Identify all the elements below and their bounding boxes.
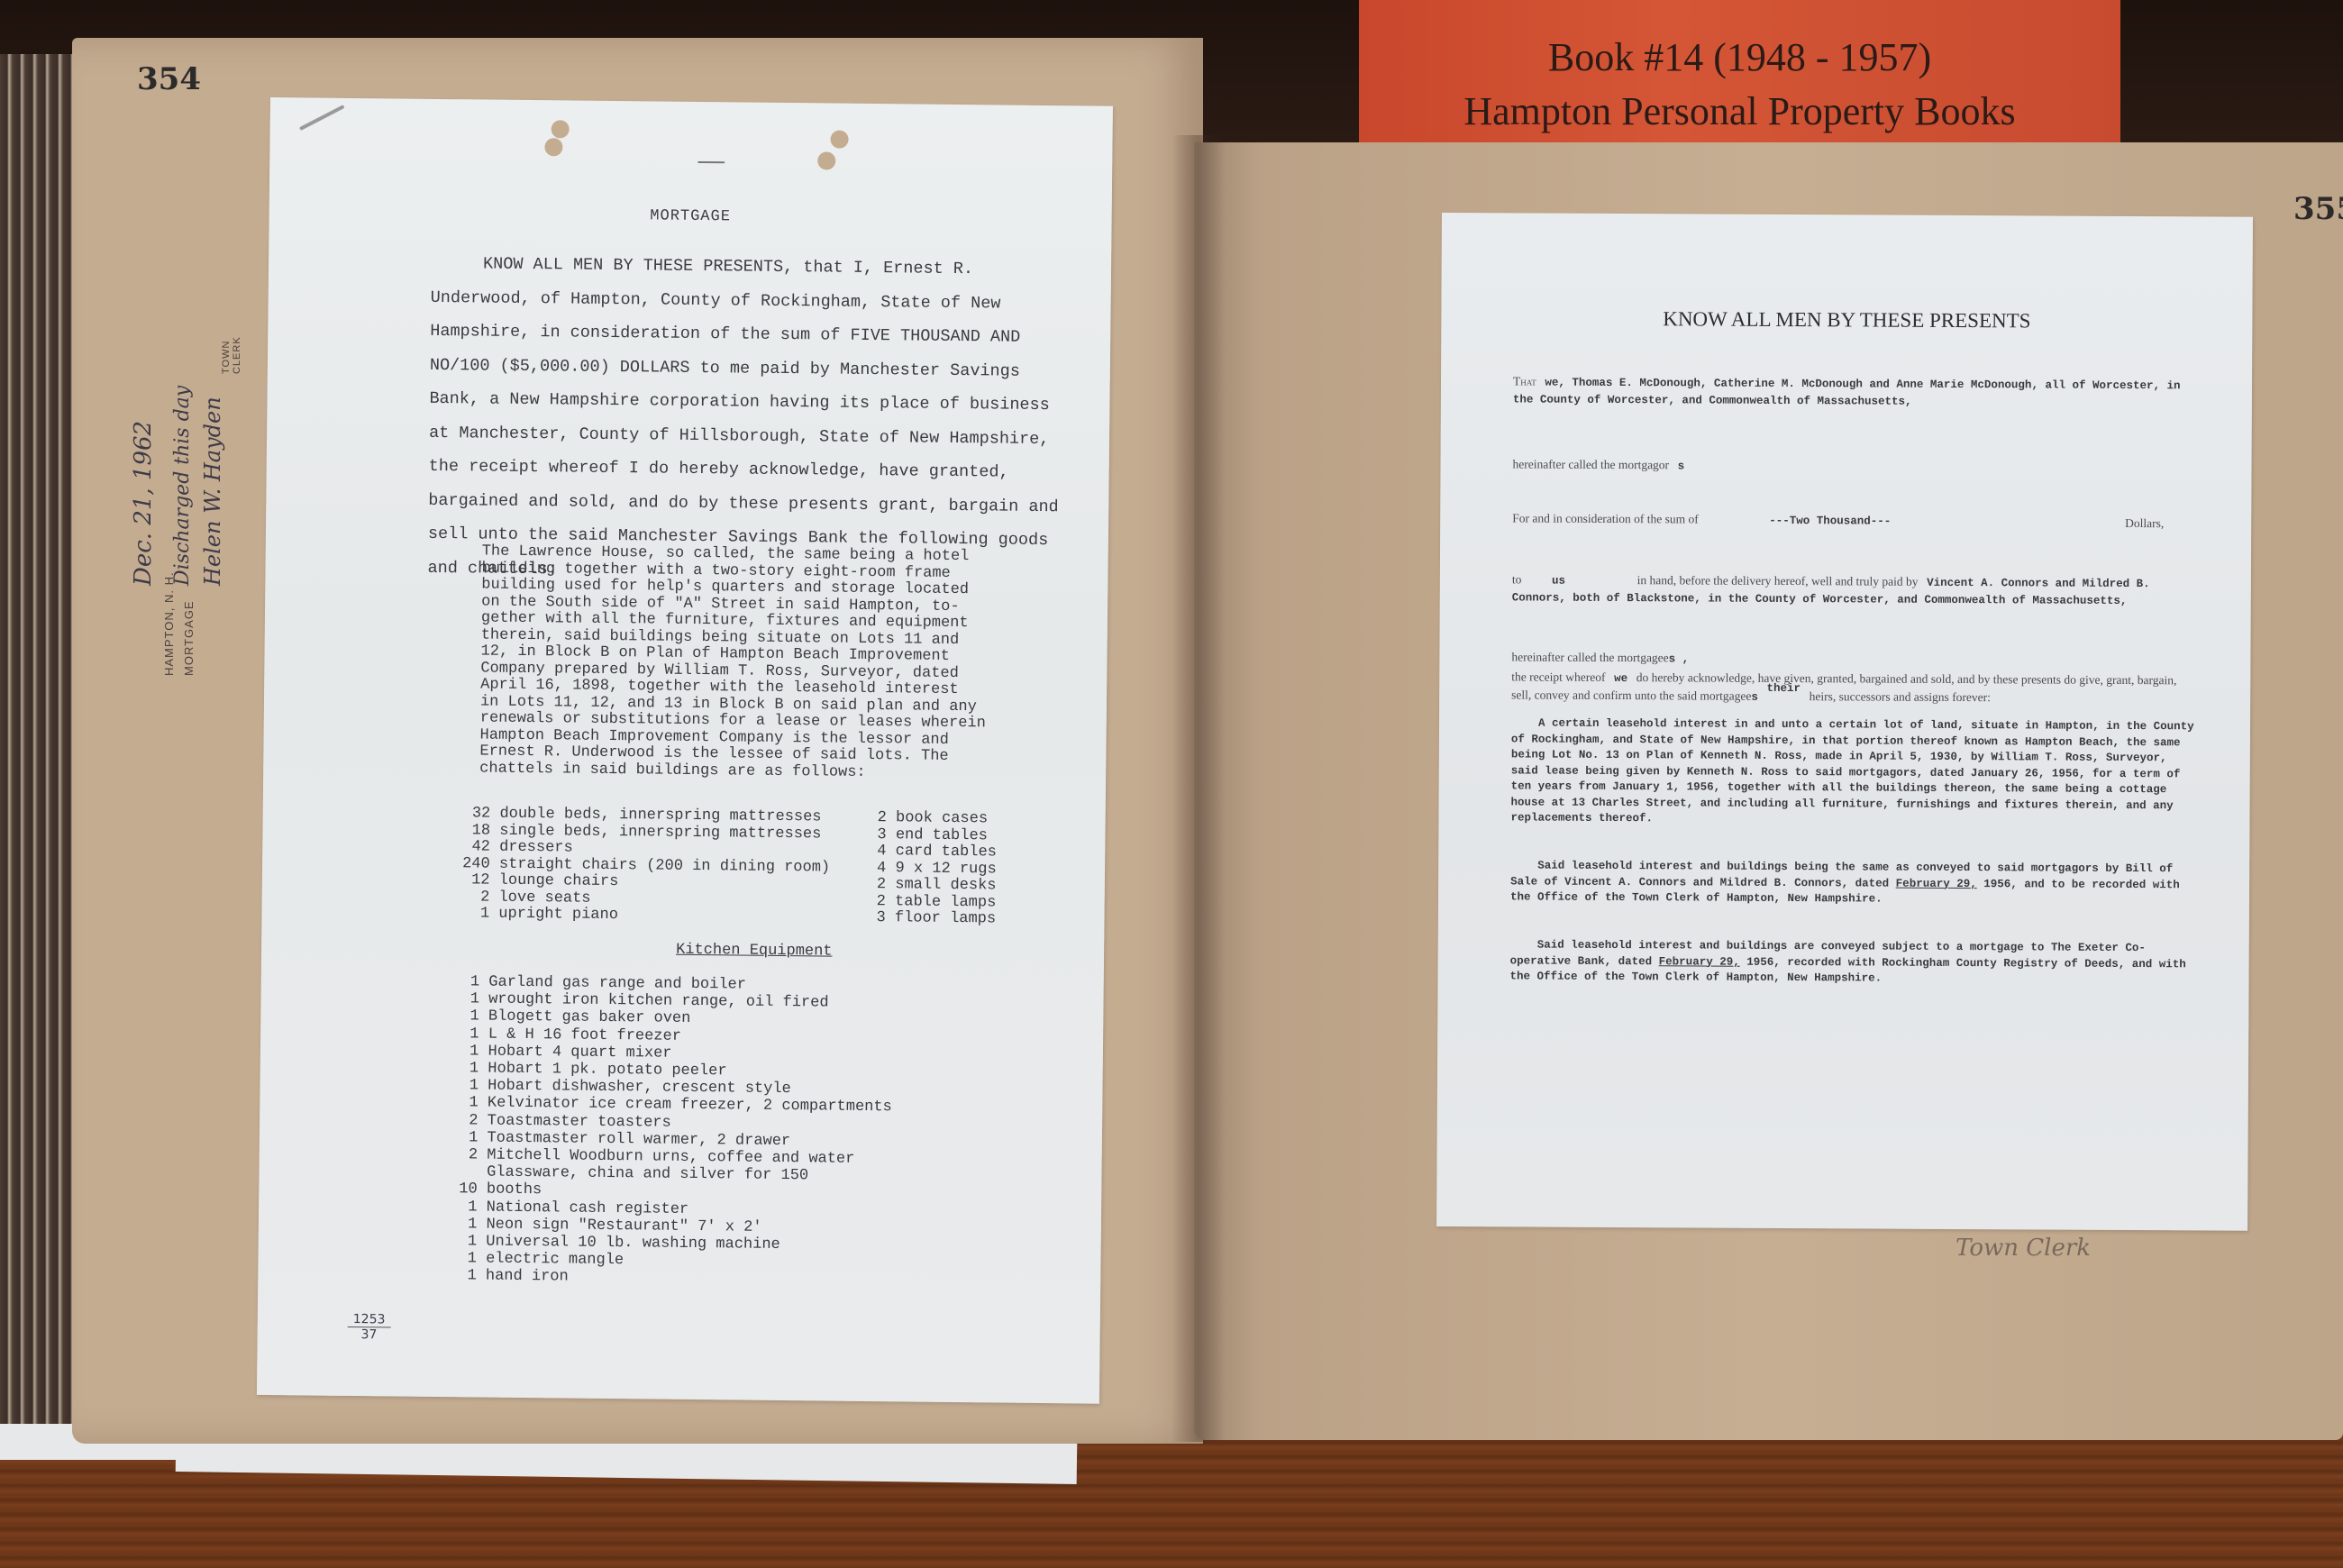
bill-of-sale-paragraph: Said leasehold interest and buildings be… [1510, 858, 2195, 908]
receipt-text: the receipt whereof [1511, 670, 1605, 684]
deed-heading: KNOW ALL MEN BY THESE PRESENTS [1441, 306, 2252, 334]
punch-hole [544, 138, 562, 156]
mortgage-title: MORTGAGE [269, 204, 1112, 230]
kitchen-equipment-heading: Kitchen Equipment [676, 942, 833, 961]
staple [299, 105, 345, 131]
discharge-stamp: HAMPTON, N. H. MORTGAGE TOWN CLERK Dec. … [135, 306, 234, 685]
handwritten-date: Dec. 21, 1962 [130, 421, 157, 586]
punch-hole [817, 151, 835, 169]
handwritten-fraction: 1253 37 [348, 1312, 391, 1342]
consideration-amount: ---Two Thousand--- [1769, 514, 1891, 530]
town-clerk-signature: Town Clerk [1956, 1235, 2091, 1262]
mortgagee-line: hereinafter called the mortgagees , [1511, 649, 2196, 670]
chattel-item: 3 floor lamps [876, 910, 996, 928]
chattels-list: 32 double beds, innerspring mattresses2 … [461, 806, 1057, 928]
stamp-town: HAMPTON, N. H. [162, 571, 176, 676]
consideration-label: For and in consideration of the sum of [1512, 511, 1699, 525]
chattel-item: 2 small desks [877, 877, 997, 895]
deed-parties: That we, Thomas E. McDonough, Catherine … [1513, 373, 2198, 411]
book-spine [1171, 135, 1226, 1442]
paid-label: in hand, before the delivery hereof, wel… [1637, 573, 1919, 588]
page-number-right: 355 [2293, 191, 2343, 227]
pencil-mark [697, 161, 725, 163]
mortgagee-label: hereinafter called the mortgagee [1511, 650, 1668, 664]
chattel-item: 1 upright piano [461, 906, 876, 926]
consideration-line: For and in consideration of the sum of -… [1512, 510, 2197, 530]
receipt-we: we [1614, 672, 1627, 685]
mortgage-intro-paragraph: KNOW ALL MEN BY THESE PRESENTS, that I, … [427, 247, 1080, 592]
chattel-item: 2 book cases [878, 810, 989, 828]
mortgagor-label: hereinafter called the mortgagor [1513, 457, 1670, 471]
stamp-clerk-label: TOWN CLERK [221, 306, 242, 374]
dollars-label: Dollars, [2125, 515, 2164, 532]
payment-clause: to us in hand, before the delivery hereo… [1512, 571, 2197, 609]
receipt-suffix: s [1751, 690, 1758, 703]
book-number-title: Book #14 (1948 - 1957) [1359, 34, 2120, 80]
leasehold-paragraph: A certain leasehold interest in and unto… [1510, 716, 2196, 829]
their-insert: their [1767, 681, 1801, 694]
kitchen-item: 1 hand iron [458, 1268, 890, 1290]
filled-date: February 29, [1896, 877, 1977, 889]
stamp-label: MORTGAGE [182, 600, 196, 676]
filled-year: 1956 [1746, 955, 1773, 968]
filled-date: February 29, [1659, 955, 1740, 968]
punch-hole [552, 120, 570, 138]
punch-hole [830, 131, 848, 149]
prior-mortgage-paragraph: Said leasehold interest and buildings ar… [1510, 937, 2195, 988]
mortgage-document: MORTGAGE KNOW ALL MEN BY THESE PRESENTS,… [257, 97, 1113, 1404]
mortgagor-suffix: s [1678, 460, 1685, 472]
fraction-numerator: 1253 [348, 1312, 391, 1327]
page-number-left: 354 [137, 61, 201, 97]
fraction-denominator: 37 [348, 1327, 391, 1342]
handwritten-signature: Helen W. Hayden [200, 397, 225, 586]
handwritten-note: Discharged this day [171, 386, 194, 586]
kitchen-equipment-list: 1 Garland gas range and boiler 1 wrought… [458, 973, 893, 1290]
mortgagor-line: hereinafter called the mortgagor s [1512, 456, 2197, 477]
that-label: That [1513, 374, 1536, 387]
mortgagee-suffix: s , [1669, 652, 1690, 665]
to-label: to [1512, 572, 1522, 586]
to-value: us [1552, 575, 1565, 588]
book-series-title: Hampton Personal Property Books [1359, 88, 2120, 134]
receipt-text: heirs, successors and assigns forever: [1810, 689, 1991, 704]
chattel-item: 4 card tables [877, 843, 997, 861]
property-description: The Lawrence House, so called, the same … [479, 543, 1041, 782]
deed-document: KNOW ALL MEN BY THESE PRESENTS That we, … [1436, 213, 2253, 1231]
book-label-sign: Book #14 (1948 - 1957) Hampton Personal … [1359, 0, 2120, 149]
filled-year: 1956 [1983, 878, 2010, 890]
receipt-clause: the receipt whereof we do hereby acknowl… [1511, 669, 2196, 707]
mortgagor-names: we, Thomas E. McDonough, Catherine M. Mc… [1513, 377, 2181, 408]
